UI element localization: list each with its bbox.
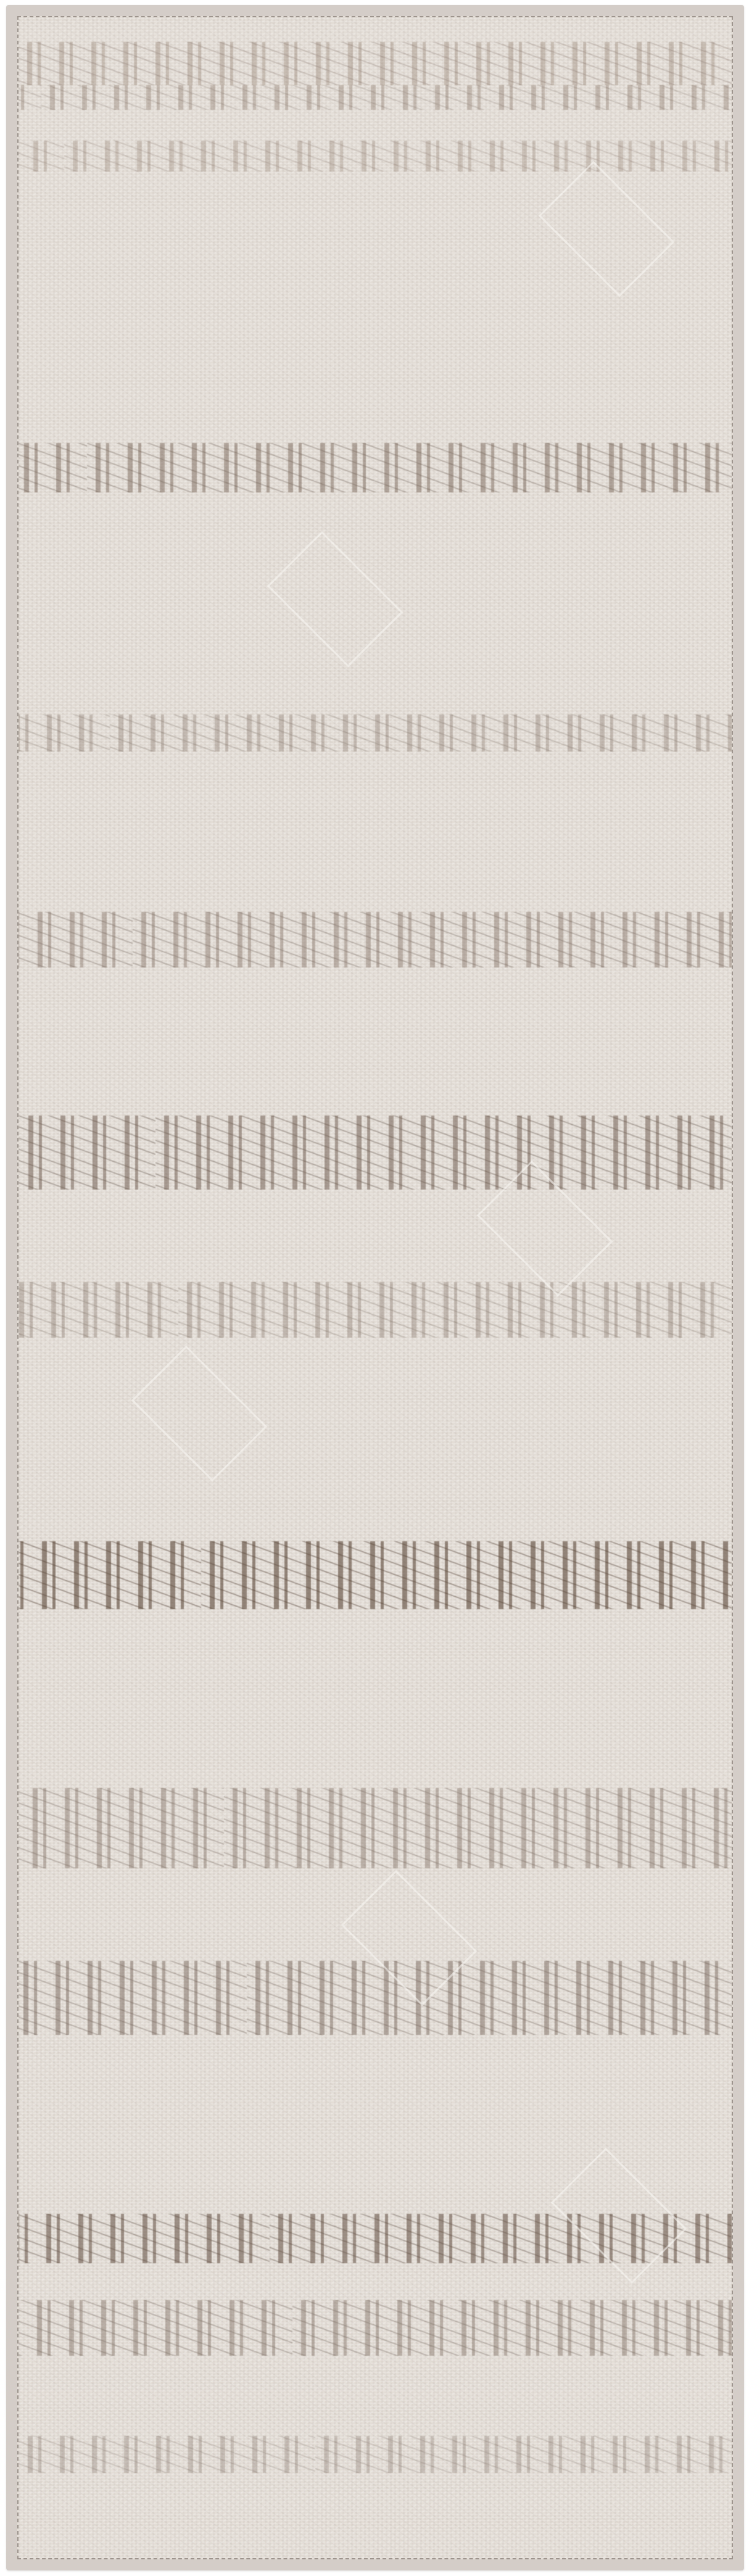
rug-band — [19, 42, 732, 85]
runner-rug — [6, 5, 744, 2570]
rug-band — [19, 2436, 732, 2473]
rug-band — [19, 1541, 732, 1609]
rug-band — [19, 2300, 732, 2356]
rug-band — [19, 85, 732, 110]
rug-band — [19, 1116, 732, 1190]
rug-band — [19, 1788, 732, 1868]
rug-field — [17, 16, 733, 2559]
rug-band — [19, 1961, 732, 2035]
rug-band — [19, 1282, 732, 1338]
rug-band — [19, 141, 732, 172]
rug-band — [19, 443, 732, 492]
rug-band — [19, 912, 732, 967]
rug-band — [19, 714, 732, 752]
